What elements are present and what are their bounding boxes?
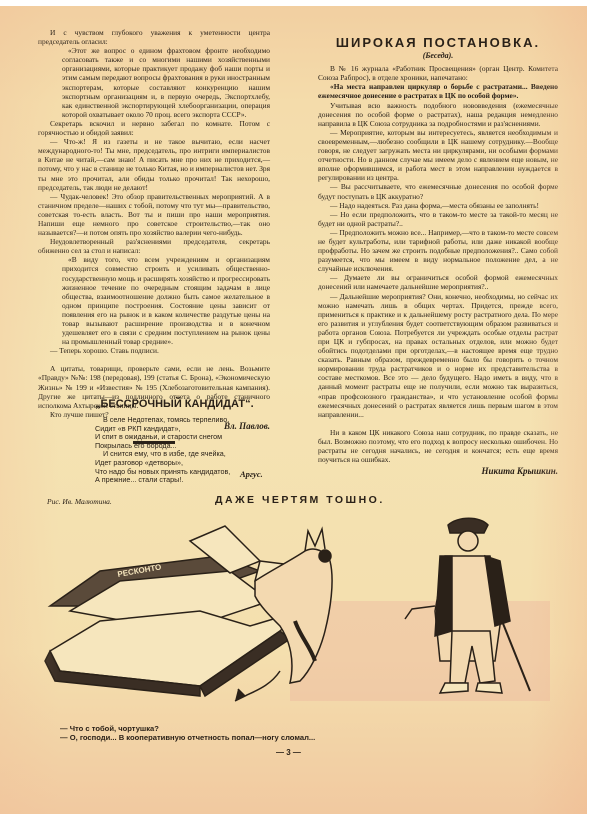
left-article-paragraph: — Теперь хорошо. Ставь подписи. <box>38 346 270 355</box>
right-article-paragraph: — Надо надеяться. Раз дана форма,—места … <box>318 201 558 210</box>
poem-signature: Аргус. <box>240 469 263 479</box>
poem-title: „БЕССРОЧНЫЙ КАНДИДАТ“. <box>95 398 254 410</box>
right-article-paragraph: — Но если предположить, что в таком-то м… <box>318 210 558 228</box>
right-article-paragraph: — Мероприятие, которым вы интересуетесь,… <box>318 128 558 183</box>
cartoon-illustration: РЕСКОНТО <box>40 511 560 711</box>
left-article-paragraph: «Этот же вопрос о едином фрахтовом фронт… <box>38 46 270 119</box>
right-article-paragraph: — Думаете ли вы ограничиться особой форм… <box>318 273 558 291</box>
right-article-paragraph: Ни в каком ЦК никакого Союза наш сотрудн… <box>318 428 558 464</box>
left-article-paragraph: — Чудак-человек! Это обзор правительстве… <box>38 192 270 237</box>
caption-line: — О, господи... В кооперативную отчетнос… <box>60 733 315 742</box>
right-article-paragraph: — Дальнейшие мероприятия? Они, конечно, … <box>318 292 558 419</box>
right-article-paragraph: «На места направлен циркуляр о борьбе с … <box>318 82 558 100</box>
cartoon-caption: — Что с тобой, чортушка?— О, господи... … <box>60 724 315 742</box>
illustration-credit: Рис. Ив. Малютина. <box>47 497 112 506</box>
page-number: — 3 — <box>276 748 301 757</box>
left-article: И с чувством глубокого уважения к уметен… <box>38 28 270 454</box>
article-subtitle: (Беседа). <box>318 51 558 60</box>
article-headline: ШИРОКАЯ ПОСТАНОВКА. <box>318 38 558 47</box>
right-article-paragraph: — Предположить можно все... Например,—чт… <box>318 228 558 273</box>
left-article-paragraph: — Что-ж! Я из газеты и не такое вычитаю,… <box>38 137 270 192</box>
left-article-paragraph: Секретарь вскочил и нервно забегал по ко… <box>38 119 270 137</box>
right-article-paragraph: — Вы рассчитываете, что ежемесячные доне… <box>318 182 558 200</box>
right-article-paragraph: В № 16 журнала «Работник Просвещения» (о… <box>318 64 558 82</box>
left-article-paragraph: «В виду того, что всем учреждениям и орг… <box>38 255 270 346</box>
cartoon-title: ДАЖЕ ЧЕРТЯМ ТОШНО. <box>215 494 385 506</box>
magazine-page: И с чувством глубокого уважения к уметен… <box>0 6 587 814</box>
poem-line: А прежние... стали стары!. <box>95 476 230 485</box>
right-article: ШИРОКАЯ ПОСТАНОВКА. (Беседа). В № 16 жур… <box>318 28 558 476</box>
right-article-body: В № 16 журнала «Работник Просвещения» (о… <box>318 64 558 464</box>
ledger-book-icon <box>45 526 300 696</box>
poem-body: В селе Недотепах, томясь терпеливо,Сидит… <box>95 416 230 485</box>
right-article-signature: Никита Крышкин. <box>318 467 558 476</box>
left-article-paragraph: Неудовлетворенный раз'яснениями председа… <box>38 237 270 255</box>
caption-line: — Что с тобой, чортушка? <box>60 724 315 733</box>
right-article-paragraph: Учитывая всю важность подобного нововвед… <box>318 101 558 128</box>
left-article-paragraph: И с чувством глубокого уважения к уметен… <box>38 28 270 46</box>
